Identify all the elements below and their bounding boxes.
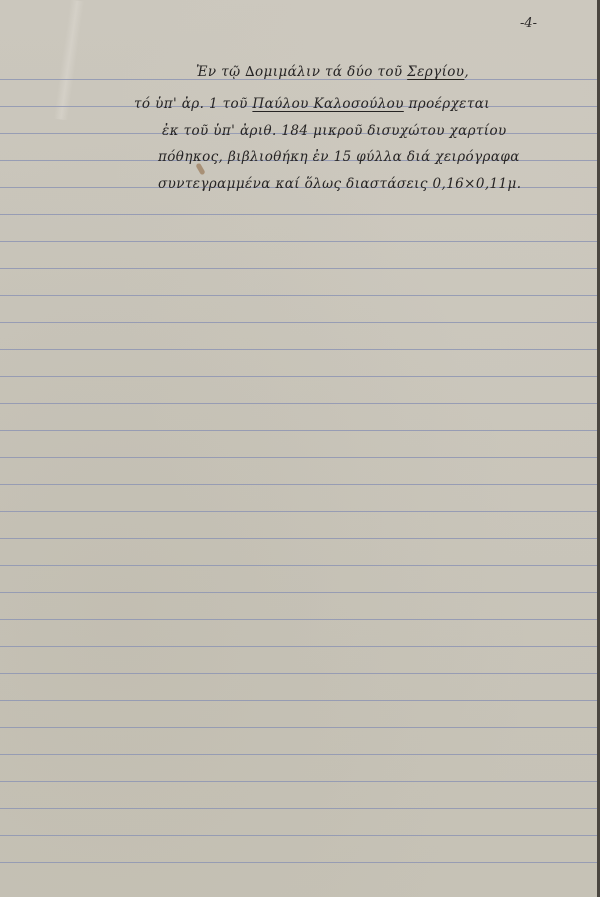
text-segment: , bbox=[464, 64, 469, 80]
text-segment: πόθηκος, βιβλιοθήκη ἐν 15 φύλλα διά χειρ… bbox=[158, 149, 520, 165]
ruled-line bbox=[0, 808, 597, 809]
handwritten-line-1: Ἐν τῷ ∆ομιμάλιν τά δύο τοῦ Σεργίου, bbox=[196, 64, 469, 80]
text-segment: ἐκ τοῦ ὑπ' ἀριθ. 184 μικροῦ δισυχώτου χα… bbox=[162, 123, 507, 139]
underlined-name: Παύλου Καλοσούλου bbox=[252, 96, 403, 112]
ruled-line bbox=[0, 241, 597, 242]
ruled-line bbox=[0, 862, 597, 863]
ruled-line bbox=[0, 430, 597, 431]
ruled-line bbox=[0, 646, 597, 647]
ruled-line bbox=[0, 457, 597, 458]
handwritten-line-3: ἐκ τοῦ ὑπ' ἀριθ. 184 μικροῦ δισυχώτου χα… bbox=[162, 123, 507, 139]
ruled-line bbox=[0, 403, 597, 404]
underlined-name: Σεργίου bbox=[407, 64, 464, 80]
ruled-line bbox=[0, 619, 597, 620]
text-segment: συντεγραμμένα καί ὅλως διαστάσεις 0,16×0… bbox=[158, 176, 521, 192]
text-segment: Ἐν τῷ ∆ομιμάλιν τά δύο τοῦ bbox=[196, 64, 407, 80]
text-segment: προέρχεται bbox=[404, 96, 490, 112]
ruled-line bbox=[0, 214, 597, 215]
text-segment: τό ὑπ' ἀρ. 1 τοῦ bbox=[134, 96, 252, 112]
ruled-line bbox=[0, 322, 597, 323]
page-number: -4- bbox=[520, 16, 537, 31]
document-page: -4- Ἐν τῷ ∆ομιμάλιν τά δύο τοῦ Σεργίου, … bbox=[0, 0, 600, 897]
ruled-line bbox=[0, 295, 597, 296]
handwritten-line-2: τό ὑπ' ἀρ. 1 τοῦ Παύλου Καλοσούλου προέρ… bbox=[134, 96, 490, 112]
ruled-line bbox=[0, 592, 597, 593]
ruled-line bbox=[0, 484, 597, 485]
handwritten-line-4: πόθηκος, βιβλιοθήκη ἐν 15 φύλλα διά χειρ… bbox=[158, 149, 520, 165]
ruled-line bbox=[0, 538, 597, 539]
handwritten-line-5: συντεγραμμένα καί ὅλως διαστάσεις 0,16×0… bbox=[158, 176, 521, 192]
ruled-line bbox=[0, 349, 597, 350]
ruled-line bbox=[0, 781, 597, 782]
ruled-line bbox=[0, 835, 597, 836]
ruled-line bbox=[0, 673, 597, 674]
paper-crease bbox=[54, 0, 85, 120]
ruled-line bbox=[0, 376, 597, 377]
ruled-line bbox=[0, 565, 597, 566]
ruled-line bbox=[0, 700, 597, 701]
ruled-line bbox=[0, 268, 597, 269]
ruled-line bbox=[0, 754, 597, 755]
ruled-line bbox=[0, 511, 597, 512]
ruled-line bbox=[0, 727, 597, 728]
